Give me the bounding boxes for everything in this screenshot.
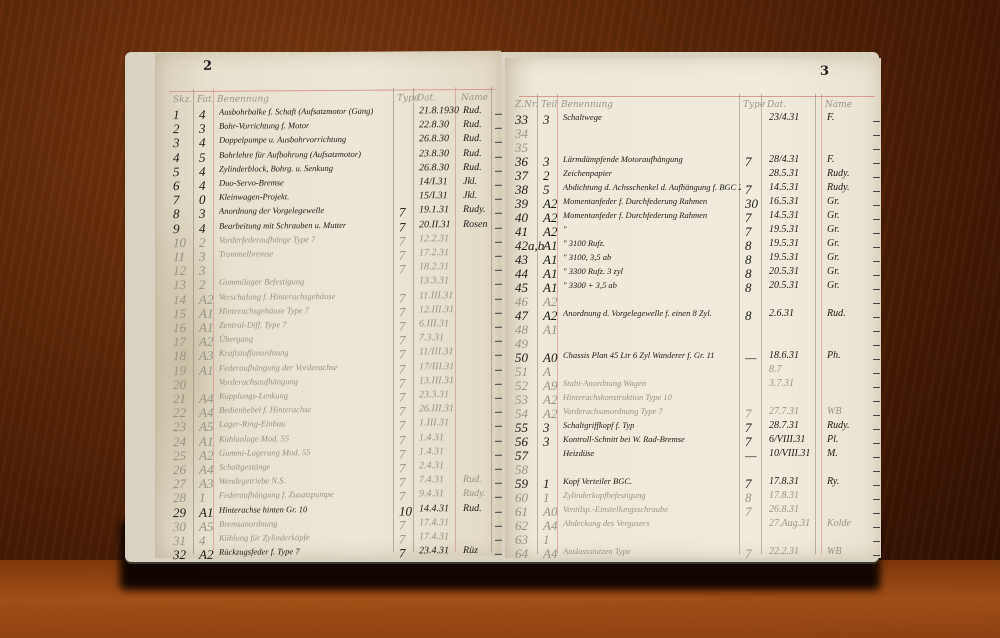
column-rule — [761, 94, 762, 554]
row-date: 15/I.31 — [419, 190, 448, 201]
row-date: 26.8.30 — [419, 162, 449, 173]
margin-tick — [495, 355, 502, 356]
row-name: WB — [827, 406, 841, 417]
row-desc: Anordnung der Vorgelegewelle — [219, 205, 324, 216]
row-date: 27.Aug.31 — [769, 518, 810, 529]
row-date: 28/4.31 — [769, 154, 799, 165]
row-no: 64 — [515, 546, 528, 562]
margin-tick — [873, 177, 880, 178]
row-date: 23.3.31 — [419, 389, 449, 400]
row-date: 14.5.31 — [769, 210, 799, 221]
row-teil: A1 — [543, 322, 557, 338]
row-date: 7.4.31 — [419, 474, 444, 485]
row-desc: " 3300 + 3,5 ab — [563, 280, 617, 290]
row-name: Gr. — [827, 280, 840, 291]
row-date: 17.8.31 — [769, 476, 799, 487]
row-name: WB — [827, 546, 841, 557]
row-date: 22.2.31 — [769, 546, 799, 557]
margin-tick — [495, 313, 502, 314]
margin-tick — [873, 191, 880, 192]
margin-tick — [495, 128, 502, 129]
row-name: Kolde — [827, 518, 851, 529]
row-type: 7 — [399, 546, 406, 562]
row-date: 17.2.31 — [419, 247, 449, 258]
row-date: 19.5.31 — [769, 252, 799, 263]
margin-tick — [873, 471, 880, 472]
row-name: Gr. — [827, 224, 840, 235]
row-name: Gr. — [827, 266, 840, 277]
row-date: 26.8.31 — [769, 504, 799, 515]
row-desc: Trommelbremse — [219, 248, 273, 258]
row-desc: Übergang — [219, 334, 253, 344]
row-date: 28.5.31 — [769, 168, 799, 179]
column-header-description: Benennung — [561, 100, 613, 110]
row-desc: Bremsanordnung — [219, 518, 277, 528]
row-date: 10/VIII.31 — [769, 448, 810, 459]
margin-tick — [495, 341, 502, 342]
row-date: 17.4.31 — [419, 517, 449, 528]
row-name: Rudy. — [463, 204, 486, 215]
margin-tick — [495, 369, 502, 370]
row-date: 13.III.31 — [419, 375, 454, 386]
row-type: 8 — [745, 280, 752, 296]
row-desc: " — [563, 224, 567, 234]
row-desc: Wendegetriebe N.S. — [219, 475, 286, 485]
row-date: 20.5.31 — [769, 280, 799, 291]
margin-tick — [495, 142, 502, 143]
margin-tick — [873, 261, 880, 262]
row-desc: " 3100 Rufz. — [563, 238, 605, 248]
row-name: Gr. — [827, 210, 840, 221]
margin-tick — [873, 247, 880, 248]
row-date: 14.5.31 — [769, 182, 799, 193]
row-name: Rud. — [827, 308, 846, 319]
row-date: 20.5.31 — [769, 266, 799, 277]
row-desc: Rückzugsfeder f. Type 7 — [219, 546, 300, 557]
row-name: Gr. — [827, 238, 840, 249]
column-header-date: Dat. — [417, 93, 436, 103]
row-desc: Schaltgestänge — [219, 461, 270, 471]
row-desc: Schaltwege — [563, 112, 602, 122]
margin-tick — [873, 429, 880, 430]
column-rule — [491, 87, 492, 552]
row-name: Rosen — [463, 218, 487, 229]
margin-tick — [873, 443, 880, 444]
row-date: 12.III.31 — [419, 304, 454, 315]
row-type: 7 — [745, 504, 752, 520]
row-date: 26.8.30 — [419, 134, 449, 145]
row-desc: Hinterachse hinten Gr. 10 — [219, 504, 307, 515]
row-desc: Lärmdämpfende Motoraufhängung — [563, 154, 683, 164]
margin-tick — [873, 317, 880, 318]
row-date: 6.III.31 — [419, 318, 449, 329]
column-rule — [193, 89, 194, 554]
column-rule — [821, 94, 822, 554]
row-desc: Bohr-Vorrichtung f. Motor — [219, 120, 309, 131]
row-date: 17.4.31 — [419, 531, 449, 542]
margin-tick — [495, 185, 502, 186]
row-desc: Bearbeitung mit Schrauben u. Mutter — [219, 219, 346, 230]
row-date: 23.4.31 — [419, 545, 449, 556]
row-teil: A4 — [543, 546, 557, 562]
row-date: 27.7.31 — [769, 406, 799, 417]
row-teil: A2 — [199, 547, 213, 563]
margin-tick — [873, 485, 880, 486]
margin-tick — [495, 511, 502, 512]
row-name: Pl. — [827, 434, 838, 445]
column-rule — [815, 94, 816, 554]
ledger-row: 32A2Rückzugsfeder f. Type 7723.4.31Rüz — [155, 545, 501, 547]
row-date: 17/III.31 — [419, 361, 454, 372]
row-desc: Vorderfederaufhänge Type 7 — [219, 234, 315, 245]
row-date: 21.8.1930 — [419, 105, 459, 116]
row-date: 26.III.31 — [419, 403, 454, 414]
row-desc: " 3100, 3,5 ab — [563, 252, 611, 262]
margin-tick — [495, 469, 502, 470]
row-desc: Zylinderkopfbefestigung — [563, 490, 646, 500]
row-no: 32 — [173, 547, 186, 563]
row-type: 7 — [745, 546, 752, 562]
margin-tick — [495, 526, 502, 527]
row-date: 1.III.31 — [419, 418, 449, 429]
row-desc: Momentanfeder f. Durchfederung Rahmen — [563, 210, 707, 220]
ledger-row: 14Ausbohrbalke f. Schaft (Aufsatzmotor (… — [155, 105, 501, 107]
row-desc: " 3300 Rufz. 3 zyl — [563, 266, 623, 276]
column-header-no: Skz. — [173, 95, 192, 105]
margin-tick — [495, 114, 502, 115]
margin-tick — [495, 426, 502, 427]
row-date: 1.4.31 — [419, 432, 444, 443]
row-name: Rudy. — [827, 168, 850, 179]
row-desc: Kühlanlage Mod. 55 — [219, 433, 289, 443]
row-desc: Schaltgriffkopf f. Typ — [563, 420, 634, 430]
row-name: Rüz — [463, 545, 478, 556]
row-desc: Chassis Plan 45 Ltr 6 Zyl Wanderer f. Gr… — [563, 350, 715, 360]
row-date: 13.3.31 — [419, 276, 449, 287]
margin-tick — [873, 387, 880, 388]
row-teil: 3 — [543, 434, 550, 450]
margin-tick — [873, 205, 880, 206]
ledger-row: 34Doppelpumpe u. Ausbohrvorrichtung26.8.… — [155, 133, 501, 135]
row-date: 19.1.31 — [419, 205, 449, 216]
row-desc: Federaufhängung f. Zusatzpumpe — [219, 489, 334, 500]
row-name: Rudy. — [827, 182, 850, 193]
row-desc: Auslassstutzen Type — [563, 546, 631, 556]
column-header-name: Name — [825, 100, 852, 110]
row-date: 19.5.31 — [769, 224, 799, 235]
row-name: Rudy. — [827, 420, 850, 431]
margin-tick — [495, 199, 502, 200]
row-date: 22.8.30 — [419, 119, 449, 130]
row-name: Jkl. — [463, 190, 477, 201]
row-desc: Kraftstoffanordnung — [219, 348, 289, 358]
column-header-date: Dat. — [767, 100, 786, 110]
ledger-row: 54Zylinderblock, Bohrg. u. Senkung26.8.3… — [155, 162, 501, 164]
right-page: 3 Z.Nr.TeilBenennungTypeDat.Name333Schal… — [505, 58, 881, 558]
margin-tick — [873, 457, 880, 458]
row-name: Gr. — [827, 196, 840, 207]
row-name: F. — [827, 112, 834, 123]
row-desc: Heizdüse — [563, 448, 594, 458]
row-desc: Hinterachsgehäuse Type 7 — [219, 305, 309, 316]
margin-tick — [873, 289, 880, 290]
row-desc: Zentral-Diff. Type 7 — [219, 319, 287, 329]
margin-tick — [873, 373, 880, 374]
column-rule — [413, 87, 414, 552]
column-header-name: Name — [461, 93, 488, 103]
margin-tick — [495, 298, 502, 299]
margin-tick — [873, 303, 880, 304]
column-rule — [537, 94, 538, 554]
margin-tick — [495, 398, 502, 399]
margin-tick — [873, 527, 880, 528]
margin-tick — [495, 256, 502, 257]
row-desc: Ventilsp.-Einstellungsschraube — [563, 504, 668, 514]
left-page: 2 Skz.Fat.BenennungTypeDat.Name14Ausbohr… — [155, 51, 501, 558]
ledger-row: 23Bohr-Vorrichtung f. Motor22.8.30Rud. — [155, 119, 501, 121]
row-teil: 3 — [543, 112, 550, 128]
row-desc: Kleinwagen-Projekt. — [219, 191, 289, 201]
margin-tick — [495, 540, 502, 541]
column-header-col2: Teil — [541, 100, 557, 110]
margin-tick — [873, 219, 880, 220]
margin-tick — [495, 156, 502, 157]
column-rule — [393, 88, 394, 553]
margin-tick — [495, 554, 502, 555]
row-date: 11/III.31 — [419, 347, 454, 358]
margin-tick — [873, 513, 880, 514]
row-name: Gr. — [827, 252, 840, 263]
margin-tick — [873, 555, 880, 556]
row-name: Rud. — [463, 119, 482, 130]
row-name: F. — [827, 154, 834, 165]
row-type: — — [745, 350, 757, 366]
margin-tick — [495, 213, 502, 214]
margin-tick — [873, 359, 880, 360]
row-desc: Gummilager Befestigung — [219, 277, 304, 288]
ledger-row: 64Duo-Servo-Bremse14/I.31Jkl. — [155, 176, 501, 178]
row-date: 3.7.31 — [769, 378, 794, 389]
row-desc: Abdeckung des Vergasers — [563, 518, 650, 528]
row-desc: Vorderachsanordnung Type 7 — [563, 406, 663, 416]
row-date: 20.II.31 — [419, 219, 451, 230]
row-desc: Zylinderblock, Bohrg. u. Senkung — [219, 163, 333, 174]
ledger-row: 45Bohrlehre für Aufbohrung (Aufsatzmotor… — [155, 147, 501, 149]
row-date: 2.6.31 — [769, 308, 794, 319]
row-type: 7 — [399, 262, 406, 278]
row-desc: Hinterachskonstruktion Type 10 — [563, 392, 672, 402]
row-desc: Verschalung f. Hinterachsgehäuse — [219, 291, 335, 302]
column-header-col2: Fat. — [197, 95, 214, 105]
row-desc: Duo-Servo-Bremse — [219, 177, 284, 187]
page-number-right: 3 — [820, 64, 829, 79]
margin-tick — [873, 331, 880, 332]
ledger-book: 2 Skz.Fat.BenennungTypeDat.Name14Ausbohr… — [125, 48, 883, 563]
margin-tick — [873, 149, 880, 150]
margin-tick — [495, 284, 502, 285]
row-desc: Anordnung d. Vorgelegewelle f. einen 8 Z… — [563, 308, 712, 318]
row-desc: Momentanfeder f. Durchfederung Rahmen — [563, 196, 707, 206]
row-desc: Federaufhängung der Vorderachse — [219, 362, 338, 373]
column-header-type: Type — [743, 100, 765, 110]
row-date: 6/VIII.31 — [769, 434, 805, 445]
row-date: 2.4.31 — [419, 460, 444, 471]
margin-tick — [495, 455, 502, 456]
margin-tick — [873, 163, 880, 164]
row-date: 1.4.31 — [419, 446, 444, 457]
row-date: 17.8.31 — [769, 490, 799, 501]
column-header-type: Type — [397, 93, 419, 103]
margin-tick — [873, 233, 880, 234]
row-desc: Stabi-Anordnung Wagen — [563, 378, 646, 388]
margin-tick — [873, 401, 880, 402]
row-type: 8 — [745, 308, 752, 324]
margin-tick — [495, 497, 502, 498]
row-desc: Kontroll-Schnitt bei W. Rad-Bremse — [563, 434, 685, 444]
row-date: 12.2.31 — [419, 233, 449, 244]
row-teil: A1 — [199, 362, 213, 378]
margin-tick — [495, 242, 502, 243]
row-desc: Kühlung für Zylinderköpfe — [219, 532, 310, 543]
margin-tick — [873, 345, 880, 346]
column-header-description: Benennung — [217, 94, 269, 104]
row-name: Rud. — [463, 162, 482, 173]
margin-tick — [495, 412, 502, 413]
margin-tick — [873, 135, 880, 136]
margin-tick — [873, 541, 880, 542]
margin-tick — [495, 384, 502, 385]
margin-tick — [495, 270, 502, 271]
row-date: 16.5.31 — [769, 196, 799, 207]
row-name: Rud. — [463, 148, 482, 159]
row-date: 23/4.31 — [769, 112, 799, 123]
row-date: 28.7.31 — [769, 420, 799, 431]
header-rule — [169, 89, 495, 92]
row-name: Ph. — [827, 350, 841, 361]
row-date: 14/I.31 — [419, 176, 448, 187]
column-rule — [739, 94, 740, 554]
row-date: 18.2.31 — [419, 261, 449, 272]
row-name: Jkl. — [463, 176, 477, 187]
row-name: Rud. — [463, 105, 482, 116]
row-date: 19.5.31 — [769, 238, 799, 249]
row-name: Rud. — [463, 133, 482, 144]
row-desc: Gummi-Lagerung Mod. 55 — [219, 447, 310, 458]
margin-tick — [873, 121, 880, 122]
row-name: Ry. — [827, 476, 839, 487]
margin-tick — [873, 415, 880, 416]
row-desc: Zeichenpapier — [563, 168, 612, 178]
margin-tick — [873, 499, 880, 500]
row-date: 9.4.31 — [419, 489, 444, 500]
margin-tick — [495, 171, 502, 172]
row-date: 14.4.31 — [419, 503, 449, 514]
row-date: 7.3.31 — [419, 332, 444, 343]
row-name: Rud. — [463, 503, 482, 514]
row-desc: Ausbohrbalke f. Schaft (Aufsatzmotor (Ga… — [219, 106, 373, 117]
row-date: 8.7 — [769, 364, 782, 375]
row-desc: Bedienhebel f. Hinterachse — [219, 404, 311, 415]
page-number-left: 2 — [203, 59, 212, 74]
row-date: 23.8.30 — [419, 148, 449, 159]
row-desc: Lager-Ring-Einbau — [219, 419, 285, 429]
row-date: 11.III.31 — [419, 290, 453, 301]
row-desc: Doppelpumpe u. Ausbohrvorrichtung — [219, 134, 346, 145]
margin-tick — [495, 483, 502, 484]
row-desc: Bohrlehre für Aufbohrung (Aufsatzmotor) — [219, 148, 361, 159]
margin-tick — [495, 440, 502, 441]
row-desc: Kopf Verteiler BGC. — [563, 476, 632, 486]
row-name: M. — [827, 448, 838, 459]
margin-tick — [495, 227, 502, 228]
row-type: — — [745, 448, 757, 464]
row-type: 7 — [745, 154, 752, 170]
row-date: 18.6.31 — [769, 350, 799, 361]
row-desc: Kupplungs-Lenkung — [219, 390, 288, 400]
row-desc: Abdichtung d. Achsschenkel d. Aufhängung… — [563, 182, 741, 192]
row-name: Rudy. — [463, 488, 486, 499]
row-name: Rud. — [463, 474, 482, 485]
column-header-no: Z.Nr. — [515, 100, 538, 110]
row-desc: Vorderachsaufhängung — [219, 376, 298, 387]
margin-tick — [873, 275, 880, 276]
column-rule — [455, 87, 456, 552]
margin-tick — [495, 327, 502, 328]
